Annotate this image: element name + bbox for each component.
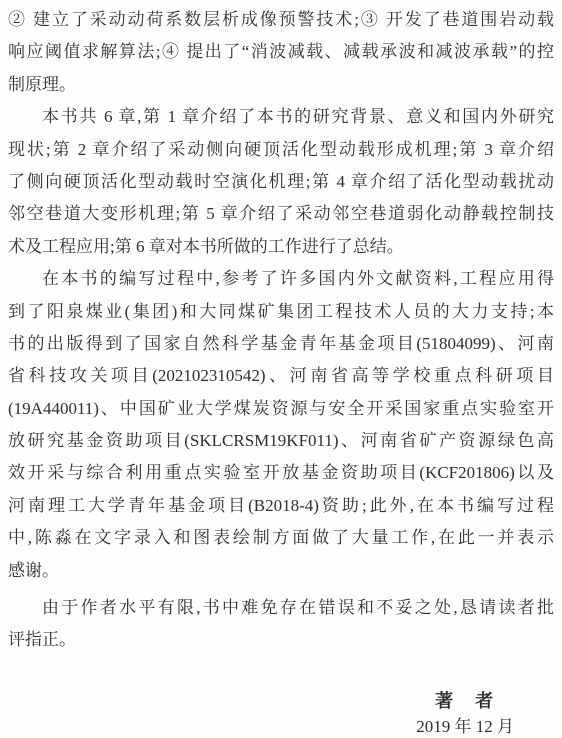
text-line: 中,陈淼在文字录入和图表绘制方面做了大量工作,在此一并表示 — [8, 522, 554, 554]
book-page: ② 建立了采动动荷系数层析成像预警技术;③ 开发了巷道围岩动载响应阈值求解算法;… — [0, 0, 562, 738]
text-line: 邻空巷道大变形机理;第 5 章介绍了采动邻空巷道弱化动静载控制技 — [8, 198, 554, 230]
text-line: 到了阳泉煤业(集团)和大同煤矿集团工程技术人员的大力支持;本 — [8, 296, 554, 328]
text-line: 了侧向硬顶活化型动载时空演化机理;第 4 章介绍了活化型动载扰动 — [8, 166, 554, 198]
text-line: 河南理工大学青年基金项目(B2018-4)资助;此外,在本书编写过程 — [8, 490, 554, 522]
text-line: 由于作者水平有限,书中难免存在错误和不妥之处,恳请读者批 — [8, 592, 554, 624]
text-line: 效开采与综合利用重点实验室开放基金资助项目(KCF201806)以及 — [8, 457, 554, 489]
text-line: 在本书的编写过程中,参考了许多国内外文献资料,工程应用得 — [8, 263, 554, 295]
signature-inner: 著 者 2019 年 12 月 — [416, 689, 514, 738]
text-line: 评指正。 — [8, 624, 554, 656]
text-line: ② 建立了采动动荷系数层析成像预警技术;③ 开发了巷道围岩动载 — [8, 4, 554, 36]
text-line: 制原理。 — [8, 69, 554, 101]
paragraph: 由于作者水平有限,书中难免存在错误和不妥之处,恳请读者批评指正。 — [8, 592, 554, 657]
paragraph: 本书共 6 章,第 1 章介绍了本书的研究背景、意义和国内外研究现状;第 2 章… — [8, 101, 554, 263]
signature-block: 著 者 2019 年 12 月 — [8, 689, 554, 738]
text-line: 响应阈值求解算法;④ 提出了“消波减载、减载承波和减波承载”的控 — [8, 36, 554, 68]
text-line: 感谢。 — [8, 555, 554, 587]
text-line: 本书共 6 章,第 1 章介绍了本书的研究背景、意义和国内外研究 — [8, 101, 554, 133]
signature-author: 著 者 — [416, 689, 514, 713]
text-line: 现状;第 2 章介绍了采动侧向硬顶活化型动载形成机理;第 3 章介绍 — [8, 134, 554, 166]
signature-date: 2019 年 12 月 — [416, 713, 514, 738]
text-line: (19A440011)、中国矿业大学煤炭资源与安全开采国家重点实验室开 — [8, 393, 554, 425]
body-text: ② 建立了采动动荷系数层析成像预警技术;③ 开发了巷道围岩动载响应阈值求解算法;… — [8, 4, 554, 657]
text-line: 术及工程应用;第 6 章对本书所做的工作进行了总结。 — [8, 231, 554, 263]
text-line: 书的出版得到了国家自然科学基金青年基金项目(51804099)、河南 — [8, 328, 554, 360]
text-line: 放研究基金资助项目(SKLCRSM19KF011)、河南省矿产资源绿色高 — [8, 425, 554, 457]
paragraph: 在本书的编写过程中,参考了许多国内外文献资料,工程应用得到了阳泉煤业(集团)和大… — [8, 263, 554, 587]
text-line: 省科技攻关项目(202102310542)、河南省高等学校重点科研项目 — [8, 360, 554, 392]
paragraph: ② 建立了采动动荷系数层析成像预警技术;③ 开发了巷道围岩动载响应阈值求解算法;… — [8, 4, 554, 101]
